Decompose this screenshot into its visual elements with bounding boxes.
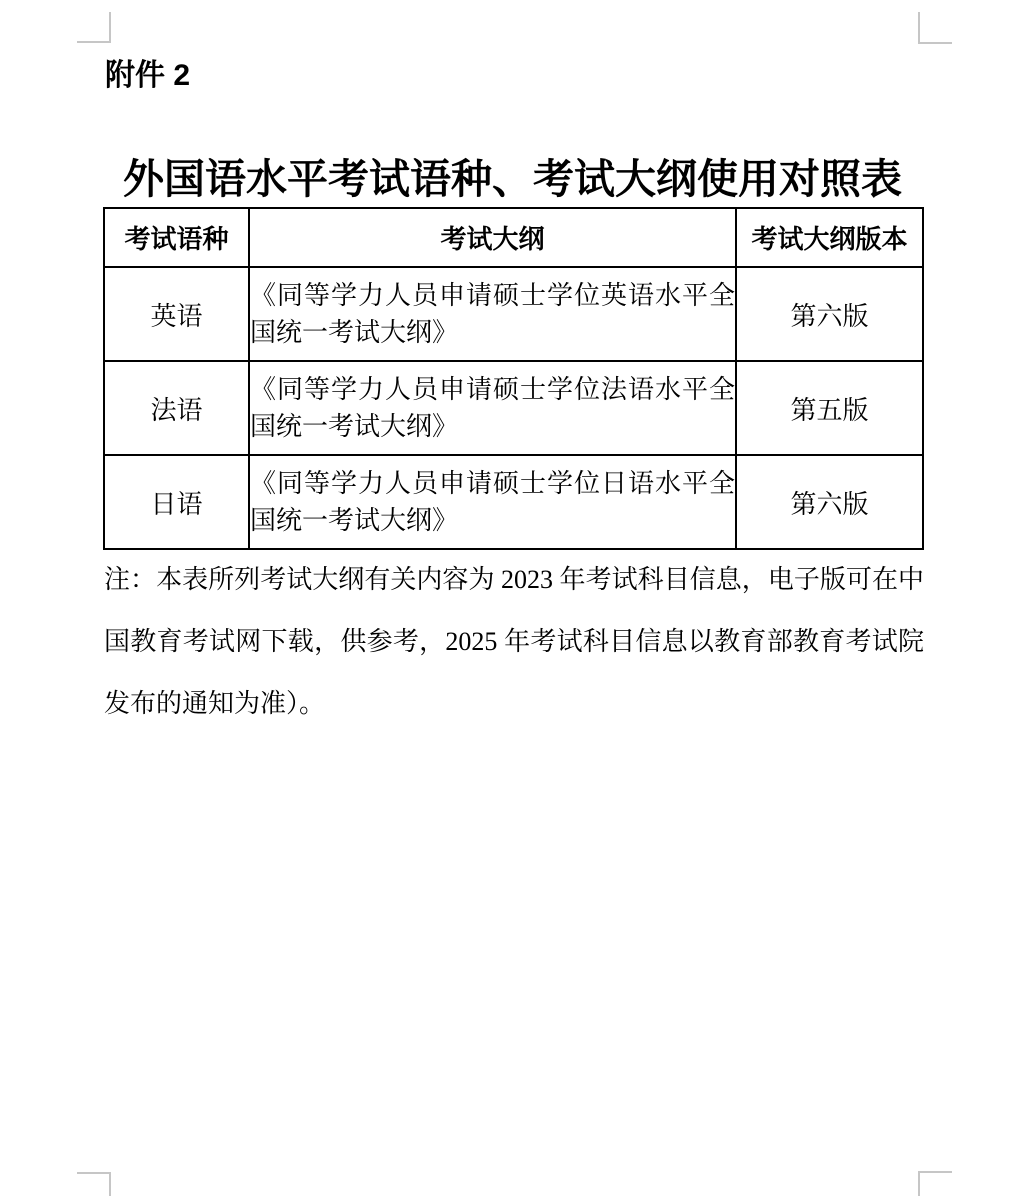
cell-language: 法语 bbox=[104, 361, 249, 455]
syllabus-comparison-table: 考试语种 考试大纲 考试大纲版本 英语 《同等学力人员申请硕士学位英语水平全国统… bbox=[103, 207, 924, 550]
header-exam-syllabus: 考试大纲 bbox=[249, 208, 736, 267]
cell-language: 日语 bbox=[104, 455, 249, 549]
table-row: 法语 《同等学力人员申请硕士学位法语水平全国统一考试大纲》 第五版 bbox=[104, 361, 923, 455]
cell-language: 英语 bbox=[104, 267, 249, 361]
cell-version: 第六版 bbox=[736, 455, 923, 549]
crop-mark-bottom-right bbox=[918, 1171, 952, 1196]
cell-version: 第六版 bbox=[736, 267, 923, 361]
table-row: 英语 《同等学力人员申请硕士学位英语水平全国统一考试大纲》 第六版 bbox=[104, 267, 923, 361]
cell-syllabus: 《同等学力人员申请硕士学位法语水平全国统一考试大纲》 bbox=[249, 361, 736, 455]
crop-mark-bottom-left bbox=[77, 1172, 111, 1196]
page-title: 外国语水平考试语种、考试大纲使用对照表 bbox=[103, 146, 922, 205]
document-page: { "page": { "attachment_label": "附件 2", … bbox=[0, 0, 1024, 1196]
cell-syllabus: 《同等学力人员申请硕士学位日语水平全国统一考试大纲》 bbox=[249, 455, 736, 549]
cell-version: 第五版 bbox=[736, 361, 923, 455]
crop-mark-top-right bbox=[918, 12, 952, 44]
attachment-label: 附件 2 bbox=[105, 50, 190, 94]
table-row: 日语 《同等学力人员申请硕士学位日语水平全国统一考试大纲》 第六版 bbox=[104, 455, 923, 549]
crop-mark-top-left bbox=[77, 12, 111, 43]
header-exam-language: 考试语种 bbox=[104, 208, 249, 267]
cell-syllabus: 《同等学力人员申请硕士学位英语水平全国统一考试大纲》 bbox=[249, 267, 736, 361]
note-paragraph: 注：本表所列考试大纲有关内容为 2023 年考试科目信息，电子版可在中国教育考试… bbox=[104, 549, 924, 735]
header-syllabus-version: 考试大纲版本 bbox=[736, 208, 923, 267]
table-header-row: 考试语种 考试大纲 考试大纲版本 bbox=[104, 208, 923, 267]
